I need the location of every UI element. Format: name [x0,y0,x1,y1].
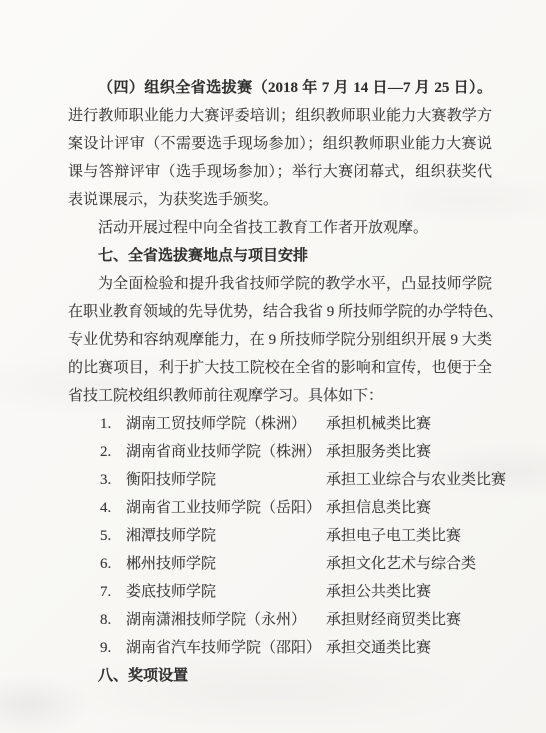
venue-number: 6. [100,550,126,578]
venue-row-2: 2. 湖南省商业技师学院（株洲） 承担服务类比赛 [100,438,492,466]
heading-eight: 八、奖项设置 [68,662,492,690]
section-seven-line-4: 的比赛项目，利于扩大技工院校在全省的影响和宣传，也便于全 [68,354,492,382]
venue-assignment: 承担信息类比赛 [326,494,431,522]
venue-number: 7. [100,578,126,606]
venue-number: 5. [100,522,126,550]
venue-assignment: 承担服务类比赛 [326,438,431,466]
venue-assignment: 承担公共类比赛 [326,578,431,606]
venue-name: 郴州技师学院 [126,550,326,578]
venue-number: 4. [100,494,126,522]
venue-number: 9. [100,634,126,662]
section-seven-line-5: 省技工院校组织教师前往观摩学习。具体如下： [68,382,492,410]
document-page: （四）组织全省选拔赛（2018 年 7 月 14 日—7 月 25 日）。 进行… [0,0,546,733]
venue-assignment: 承担电子电工类比赛 [326,522,461,550]
venue-row-5: 5. 湘潭技师学院 承担电子电工类比赛 [100,522,492,550]
observe-note: 活动开展过程中向全省技工教育工作者开放观摩。 [68,214,492,242]
venue-assignment: 承担文化艺术与综合类 [326,550,476,578]
venue-number: 2. [100,438,126,466]
heading-seven: 七、全省选拔赛地点与项目安排 [68,242,492,270]
venue-name: 娄底技师学院 [126,578,326,606]
venue-number: 1. [100,410,126,438]
venue-row-7: 7. 娄底技师学院 承担公共类比赛 [100,578,492,606]
venue-assignment: 承担工业综合与农业类比赛 [326,466,506,494]
venue-row-9: 9. 湖南省汽车技师学院（邵阳） 承担交通类比赛 [100,634,492,662]
venue-name: 湖南工贸技师学院（株洲） [126,410,326,438]
venue-row-4: 4. 湖南省工业技师学院（岳阳） 承担信息类比赛 [100,494,492,522]
section-four-line-3: 课与答辩评审（选手现场参加）；举行大赛闭幕式，组织获奖代 [68,158,492,186]
venue-row-1: 1. 湖南工贸技师学院（株洲） 承担机械类比赛 [100,410,492,438]
venue-assignment: 承担财经商贸类比赛 [326,606,461,634]
section-seven-line-2: 在职业教育领域的先导优势，结合我省 9 所技师学院的办学特色、 [68,298,492,326]
venue-list: 1. 湖南工贸技师学院（株洲） 承担机械类比赛 2. 湖南省商业技师学院（株洲）… [100,410,492,662]
venue-name: 湖南省汽车技师学院（邵阳） [126,634,326,662]
section-four-lead: （四）组织全省选拔赛（2018 年 7 月 14 日—7 月 25 日）。 [68,74,492,102]
venue-row-6: 6. 郴州技师学院 承担文化艺术与综合类 [100,550,492,578]
venue-number: 3. [100,466,126,494]
section-four-line-4: 表说课展示，为获奖选手颁奖。 [68,186,492,214]
venue-number: 8. [100,606,126,634]
venue-name: 湖南潇湘技师学院（永州） [126,606,326,634]
venue-row-3: 3. 衡阳技师学院 承担工业综合与农业类比赛 [100,466,492,494]
document-content: （四）组织全省选拔赛（2018 年 7 月 14 日—7 月 25 日）。 进行… [0,0,546,690]
venue-row-8: 8. 湖南潇湘技师学院（永州） 承担财经商贸类比赛 [100,606,492,634]
venue-assignment: 承担机械类比赛 [326,410,431,438]
venue-name: 湖南省工业技师学院（岳阳） [126,494,326,522]
venue-name: 衡阳技师学院 [126,466,326,494]
venue-assignment: 承担交通类比赛 [326,634,431,662]
venue-name: 湘潭技师学院 [126,522,326,550]
section-four-line-1: 进行教师职业能力大赛评委培训；组织教师职业能力大赛教学方 [68,102,492,130]
venue-name: 湖南省商业技师学院（株洲） [126,438,326,466]
section-seven-line-3: 专业优势和容纳观摩能力，在 9 所技师学院分别组织开展 9 大类 [68,326,492,354]
section-seven-line-1: 为全面检验和提升我省技师学院的教学水平，凸显技师学院 [68,270,492,298]
section-four-line-2: 案设计评审（不需要选手现场参加）；组织教师职业能力大赛说 [68,130,492,158]
